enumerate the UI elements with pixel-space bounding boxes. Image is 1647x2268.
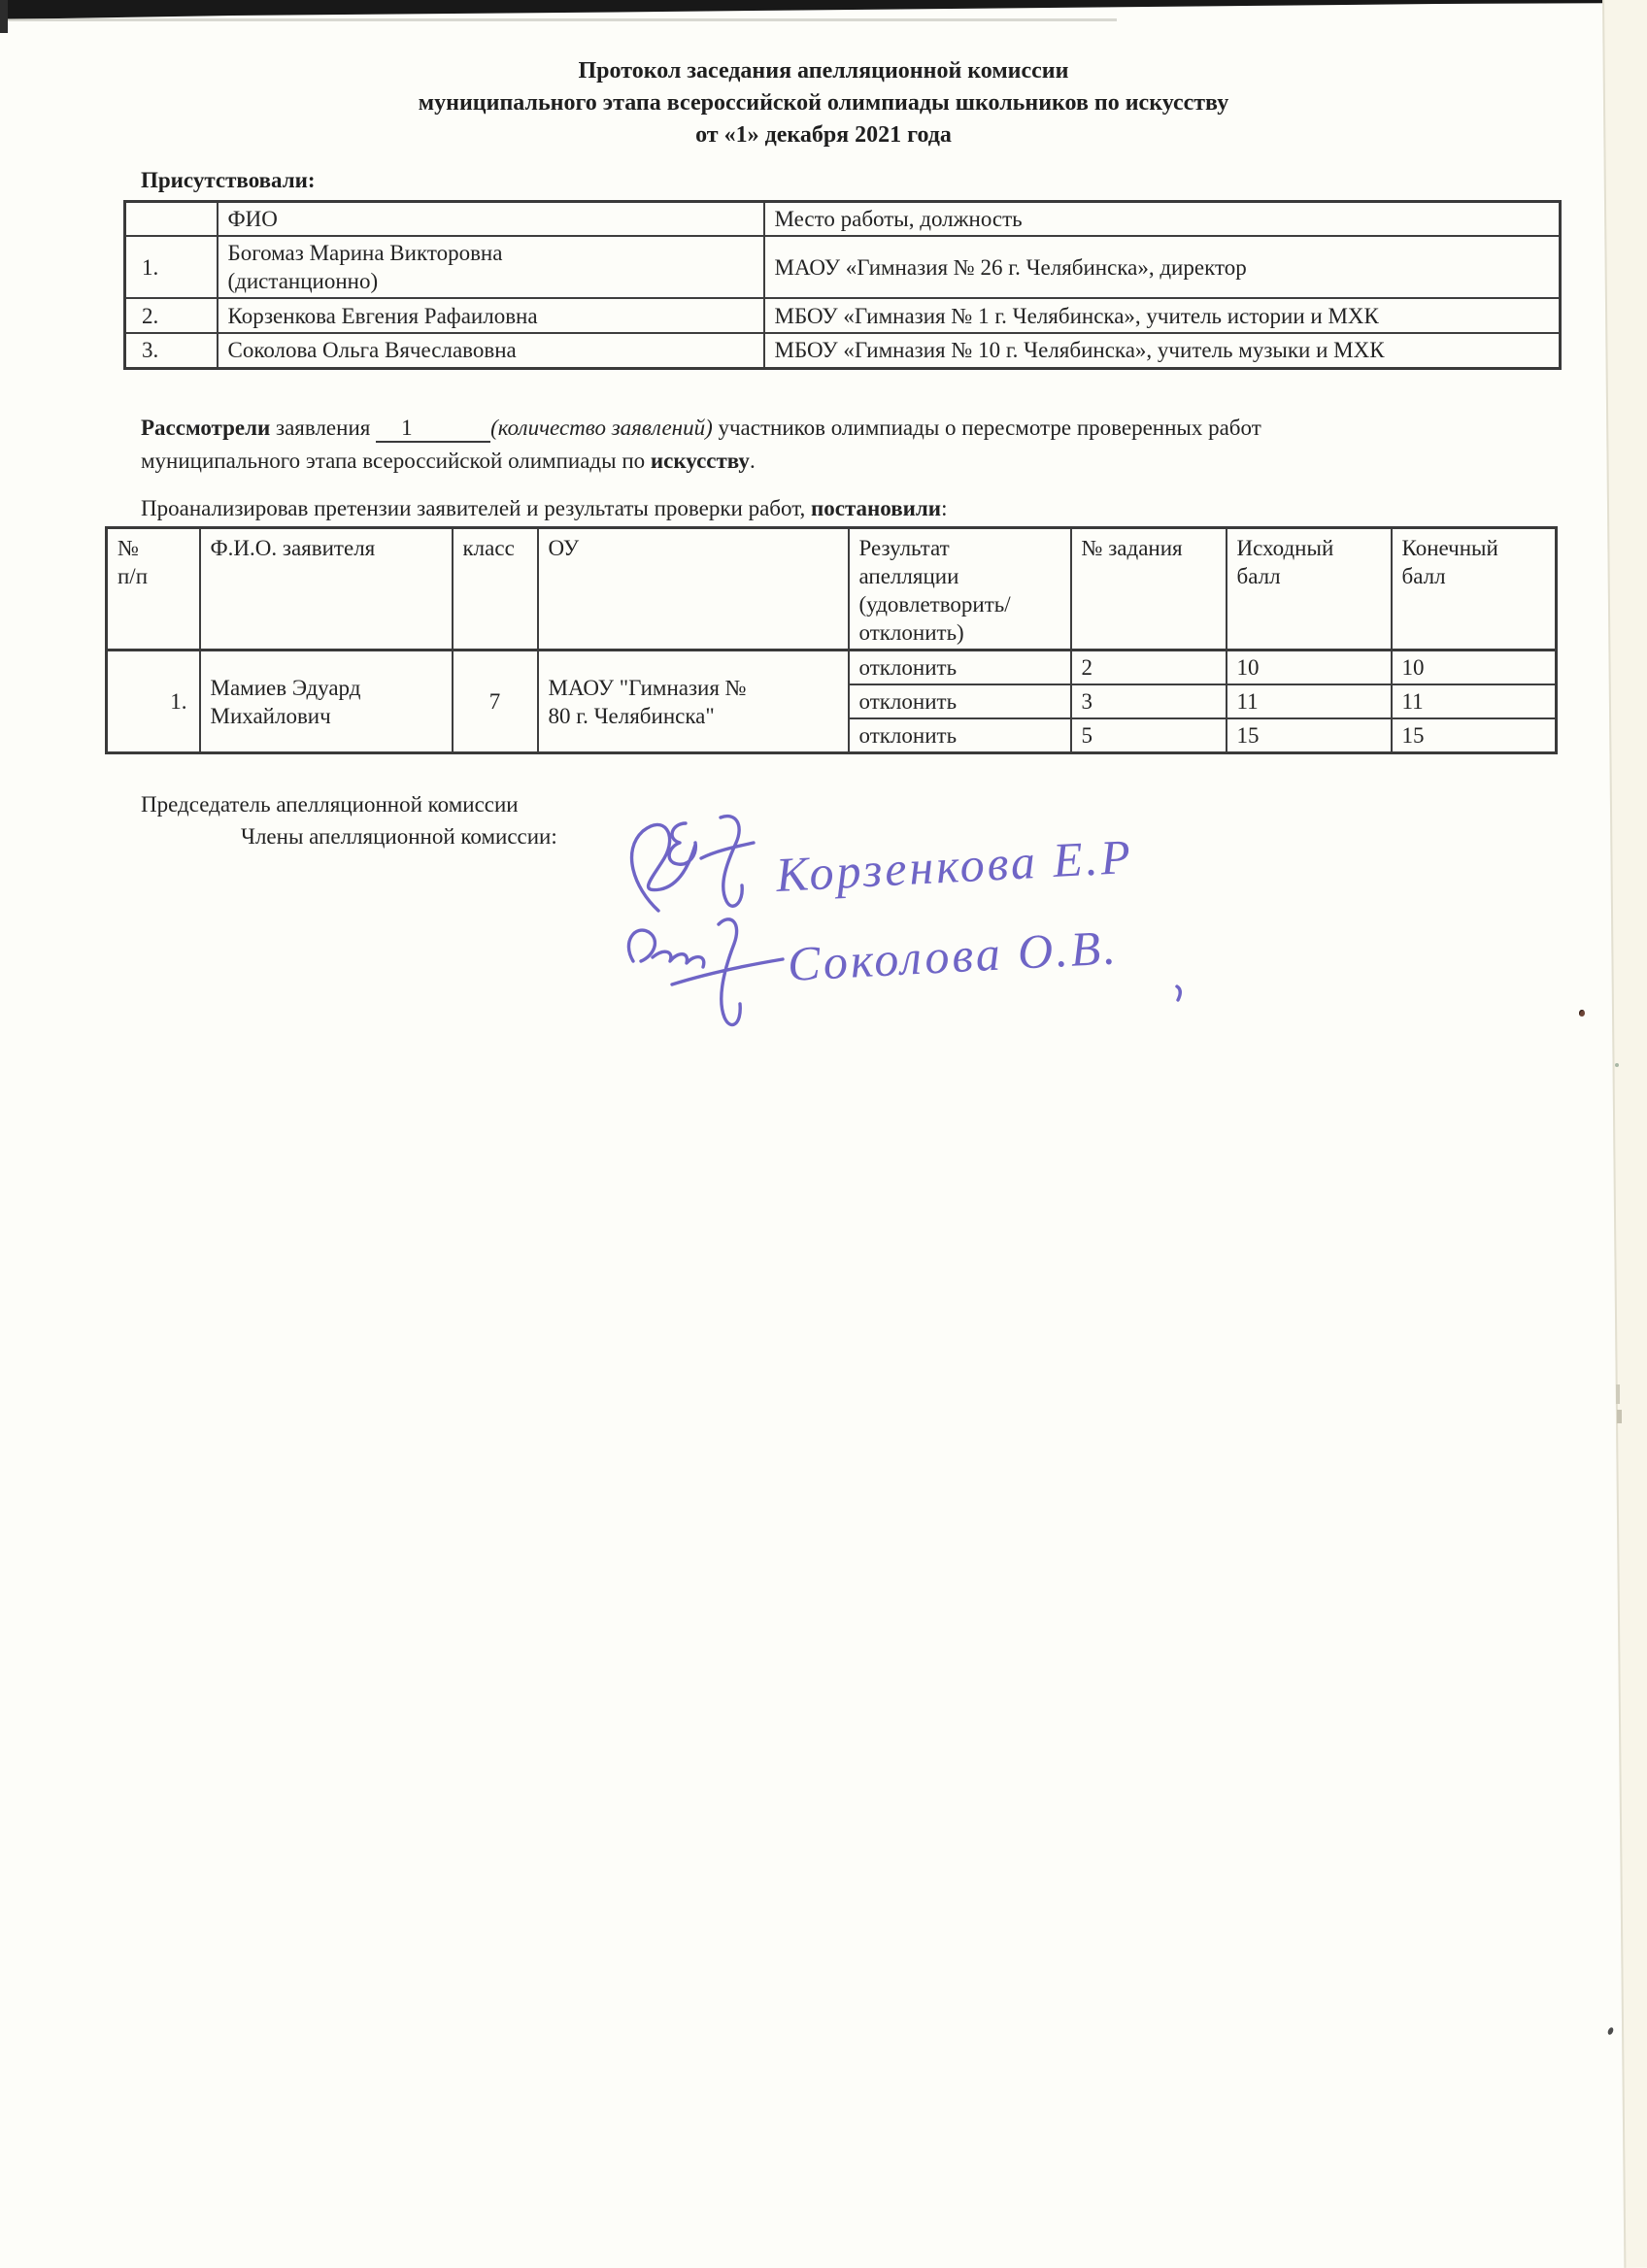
attendees-table: ФИО Место работы, должность 1. Богомаз М… [123,200,1562,370]
decision-result: отклонить [849,718,1071,753]
decision-final-score: 10 [1392,650,1557,685]
scanner-top-edge-shadow [0,18,1117,21]
scanned-protocol-page: Протокол заседания апелляционной комисси… [0,0,1647,2268]
document-title: Протокол заседания апелляционной комисси… [0,55,1647,151]
review-after-lead: заявления [270,416,376,440]
decision-task: 5 [1071,718,1227,753]
edge-mark [1616,1384,1620,1404]
resolution-end: : [941,496,947,520]
attendees-header-row: ФИО Место работы, должность [125,202,1561,237]
title-line-3: от «1» декабря 2021 года [0,119,1647,151]
decision-final-score: 11 [1392,684,1557,718]
member-signature-flourish [628,919,783,1025]
appeals-table: № п/п Ф.И.О. заявителя класс ОУ Результа… [105,526,1558,754]
signatures-block: Корзенкова Е.Р Соколова О.В. [583,794,1282,1066]
attendee-job: МАОУ «Гимназия № 26 г. Челябинска», дире… [764,236,1561,298]
title-line-2: муниципального этапа всероссийской олимп… [0,87,1647,119]
review-line2-start: муниципального этапа всероссийской олимп… [141,449,651,473]
attendee-name: Корзенкова Евгения Рафаиловна [218,298,764,333]
ink-speck [1579,1010,1585,1017]
attendee-name: Богомаз Марина Викторовна (дистанционно) [218,236,764,298]
signature-name-sokolova: Соколова О.В. [787,919,1120,991]
resolution-line: Проанализировав претензии заявителей и р… [141,496,947,521]
applications-count-value: 1 [401,416,413,440]
decision-initial-score: 15 [1227,718,1392,753]
decision-initial-score: 10 [1227,650,1392,685]
review-line1-rest: участников олимпиады о пересмотре провер… [713,416,1261,440]
signature-name-korzenkova: Корзенкова Е.Р [774,829,1135,902]
review-italic-note: (количество заявлений) [490,416,713,440]
appeals-header-initial: Исходный балл [1227,528,1392,650]
decision-task: 3 [1071,684,1227,718]
appeal-grade: 7 [453,650,538,753]
appeal-num: 1. [107,650,200,753]
appeals-header-result: Результат апелляции (удовлетворить/ откл… [849,528,1071,650]
appeal-applicant-name: Мамиев Эдуард Михайлович [200,650,453,753]
attendee-row: 3. Соколова Ольга Вячеславовна МБОУ «Гим… [125,333,1561,368]
chairman-signature-flourish [632,817,754,911]
appeals-header-final: Конечный балл [1392,528,1557,650]
attendee-num: 1. [125,236,218,298]
chair-label: Председатель апелляционной комиссии [141,792,519,817]
appeals-header-school: ОУ [538,528,849,650]
appeals-header-num: № п/п [107,528,200,650]
applications-count-blank: 1 [376,416,490,443]
decision-task: 2 [1071,650,1227,685]
decision-initial-score: 11 [1227,684,1392,718]
paper-right-edge [1602,0,1647,2268]
decision-result: отклонить [849,684,1071,718]
appeals-header-row: № п/п Ф.И.О. заявителя класс ОУ Результа… [107,528,1557,650]
attendee-row: 2. Корзенкова Евгения Рафаиловна МБОУ «Г… [125,298,1561,333]
ink-speck [1615,1063,1619,1067]
review-line2-bold: искусству [651,449,750,473]
scanner-corner-mark [0,0,8,33]
attendees-header-job: Место работы, должность [764,202,1561,237]
appeals-header-task: № задания [1071,528,1227,650]
appeals-header-name: Ф.И.О. заявителя [200,528,453,650]
review-line2-end: . [750,449,756,473]
ink-speck [1607,2026,1615,2035]
attendee-num: 2. [125,298,218,333]
title-line-1: Протокол заседания апелляционной комисси… [0,55,1647,87]
edge-mark [1617,1410,1622,1423]
review-paragraph: Рассмотрели заявления 1(количество заявл… [141,412,1544,478]
appeal-school: МАОУ "Гимназия № 80 г. Челябинска" [538,650,849,753]
resolution-lead: Проанализировав претензии заявителей и р… [141,496,811,520]
attendee-row: 1. Богомаз Марина Викторовна (дистанцион… [125,236,1561,298]
attendee-job: МБОУ «Гимназия № 1 г. Челябинска», учите… [764,298,1561,333]
appeals-header-grade: класс [453,528,538,650]
review-bold-lead: Рассмотрели [141,416,270,440]
attendees-header-fio: ФИО [218,202,764,237]
present-label: Присутствовали: [141,168,316,193]
attendee-job: МБОУ «Гимназия № 10 г. Челябинска», учит… [764,333,1561,368]
appeal-decision-row: 1. Мамиев Эдуард Михайлович 7 МАОУ "Гимн… [107,650,1557,685]
members-label: Члены апелляционной комиссии: [241,824,557,850]
decision-result: отклонить [849,650,1071,685]
attendee-name: Соколова Ольга Вячеславовна [218,333,764,368]
resolution-bold: постановили [811,496,941,520]
signature-comma-mark [1177,986,1180,1000]
attendee-num: 3. [125,333,218,368]
decision-final-score: 15 [1392,718,1557,753]
attendees-header-num [125,202,218,237]
